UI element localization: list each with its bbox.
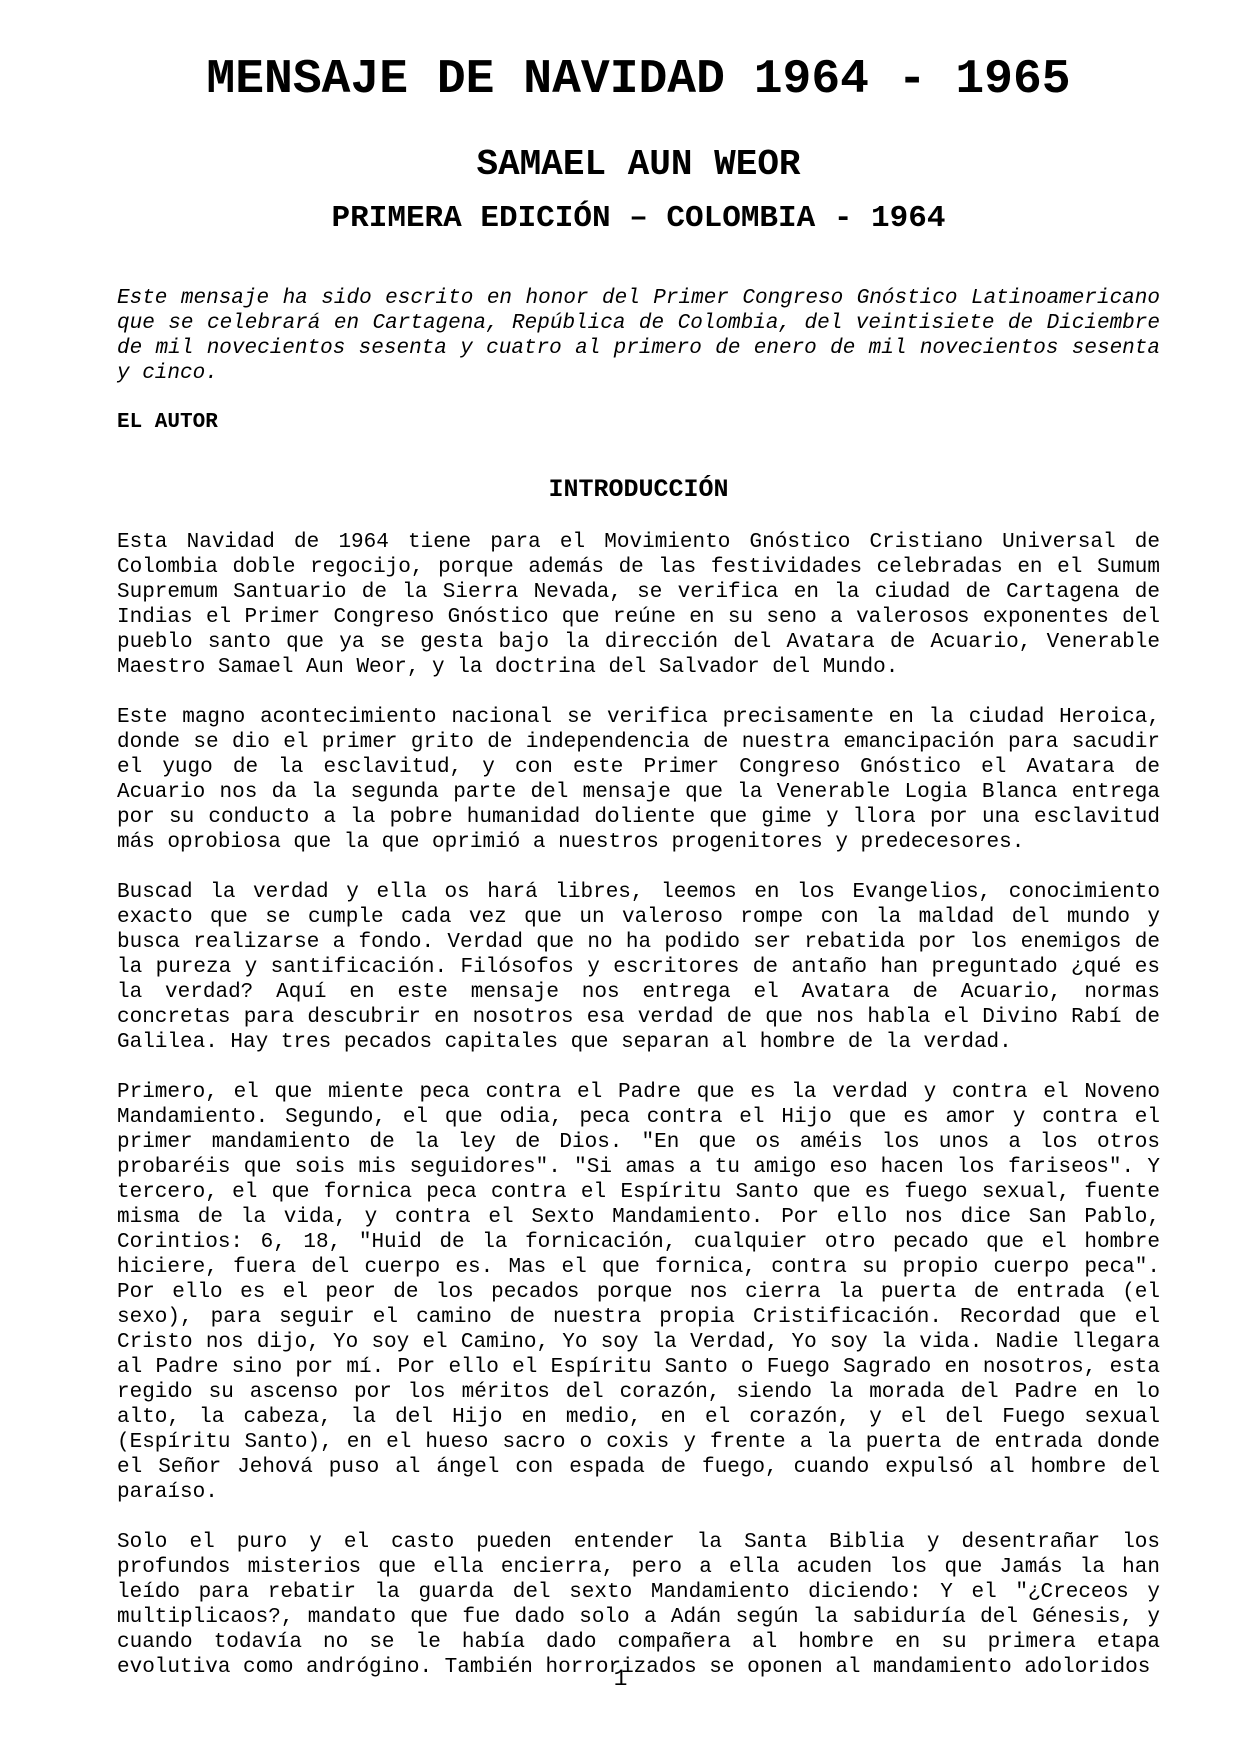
body-paragraph-1: Esta Navidad de 1964 tiene para el Movim… <box>117 530 1160 680</box>
edition-line: PRIMERA EDICIÓN – COLOMBIA - 1964 <box>117 200 1160 238</box>
document-page: MENSAJE DE NAVIDAD 1964 - 1965 SAMAEL AU… <box>0 0 1241 1755</box>
author-byline: EL AUTOR <box>117 410 1160 435</box>
author-name: SAMAEL AUN WEOR <box>117 144 1160 186</box>
text-column: MENSAJE DE NAVIDAD 1964 - 1965 SAMAEL AU… <box>0 52 1241 1680</box>
body-paragraph-4: Primero, el que miente peca contra el Pa… <box>117 1080 1160 1505</box>
body-paragraph-2: Este magno acontecimiento nacional se ve… <box>117 705 1160 855</box>
page-number: 1 <box>0 1665 1241 1693</box>
dedication-paragraph: Este mensaje ha sido escrito en honor de… <box>117 286 1160 386</box>
body-paragraph-5: Solo el puro y el casto pueden entender … <box>117 1530 1160 1680</box>
page-title: MENSAJE DE NAVIDAD 1964 - 1965 <box>117 52 1160 108</box>
section-heading-introduccion: INTRODUCCIÓN <box>117 475 1160 505</box>
body-paragraph-3: Buscad la verdad y ella os hará libres, … <box>117 880 1160 1055</box>
